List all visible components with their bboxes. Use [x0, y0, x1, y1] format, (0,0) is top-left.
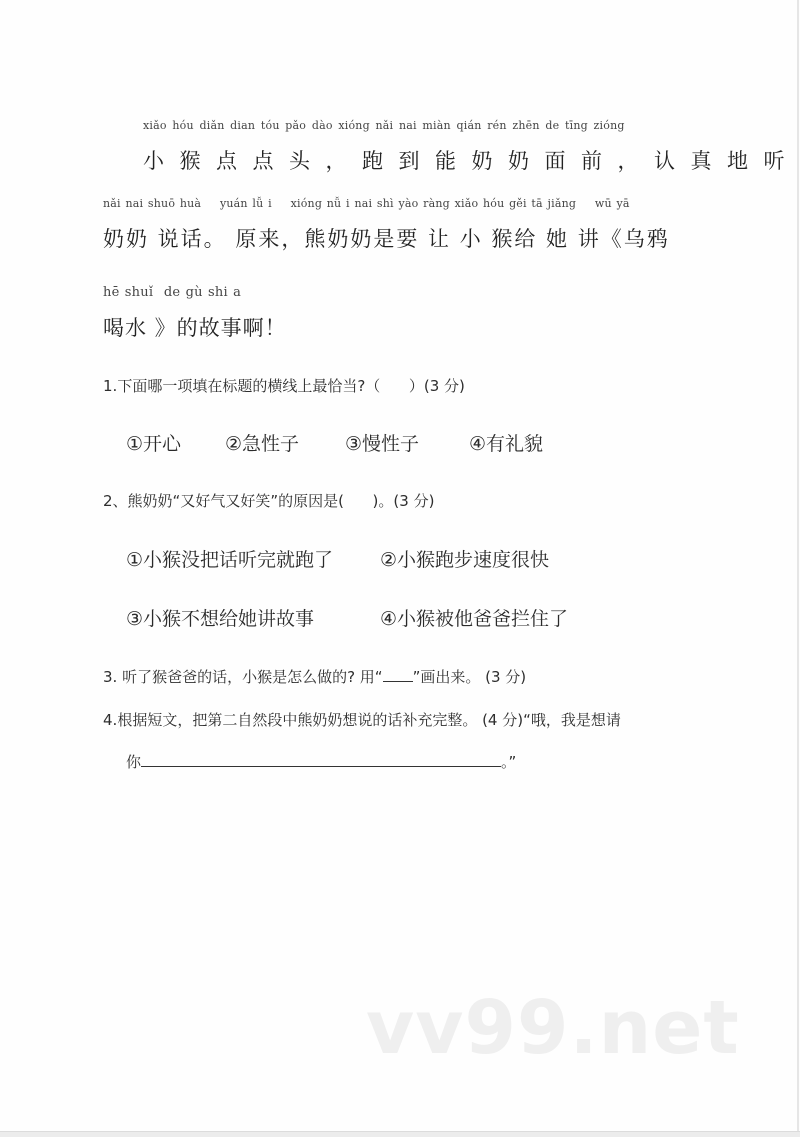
question-4: 4.根据短文，把第二自然段中熊奶奶想说的话补充完整。 (4 分)“哦，我是想请 — [103, 709, 621, 730]
watermark: vv99.net — [366, 985, 740, 1071]
passage-line-1: 小猴点点头，跑到能奶奶面前，认真地听欣 — [143, 145, 800, 175]
question-1-number: 1. — [103, 377, 117, 395]
pinyin-line-2: nǎi nai shuō huà yuán lǚ i xióng nǚ i na… — [103, 197, 630, 210]
pinyin-line-1: xiǎo hóu diǎn dian tóu pǎo dào xióng nǎi… — [143, 119, 625, 132]
passage-line-2: 奶奶 说话。 原来，熊奶奶是要 让 小 猴给 她 讲《乌鸦 — [103, 223, 670, 253]
question-1-option-3: ③慢性子 — [345, 429, 469, 456]
question-2-options-row-1: ①小猴没把话听完就跑了②小猴跑步速度很快 — [126, 545, 549, 572]
question-3-number: 3. — [103, 668, 117, 686]
question-1-option-2: ②急性子 — [225, 429, 345, 456]
question-4-answer-blank[interactable] — [141, 750, 501, 767]
question-3-underline-sample — [383, 681, 413, 682]
question-1-options: ①开心②急性子③慢性子④有礼貌 — [126, 429, 543, 456]
question-3-text-after: ”画出来。 (3 分) — [413, 668, 527, 686]
question-2: 2、熊奶奶“又好气又好笑”的原因是( )。(3 分) — [103, 490, 434, 511]
question-4-continuation-after: 。” — [501, 753, 516, 771]
passage-line-3: 喝水 》的故事啊！ — [103, 312, 287, 342]
question-2-number: 2、 — [103, 492, 128, 510]
question-1: 1.下面哪一项填在标题的横线上最恰当?（ ）(3 分) — [103, 375, 465, 396]
question-4-number: 4. — [103, 711, 117, 729]
question-2-option-4: ④小猴被他爸爸拦住了 — [380, 608, 568, 630]
question-1-option-4: ④有礼貌 — [469, 433, 543, 455]
question-4-continuation-before: 你 — [126, 753, 141, 771]
question-2-options-row-2: ③小猴不想给她讲故事④小猴被他爸爸拦住了 — [126, 604, 568, 631]
document-page: xiǎo hóu diǎn dian tóu pǎo dào xióng nǎi… — [0, 0, 799, 1131]
question-2-option-1: ①小猴没把话听完就跑了 — [126, 545, 380, 572]
question-2-option-3: ③小猴不想给她讲故事 — [126, 604, 380, 631]
question-2-text: 熊奶奶“又好气又好笑”的原因是( )。(3 分) — [128, 492, 435, 510]
question-4-continuation: 你。” — [126, 750, 516, 772]
question-4-text: 根据短文，把第二自然段中熊奶奶想说的话补充完整。 (4 分)“哦，我是想请 — [117, 711, 621, 729]
question-3-text-before: 听了猴爸爸的话，小猴是怎么做的? 用“ — [117, 668, 382, 686]
page-bottom-edge — [0, 1131, 800, 1137]
pinyin-line-3: hē shuǐ de gù shi a — [103, 285, 241, 300]
question-3: 3. 听了猴爸爸的话，小猴是怎么做的? 用“”画出来。 (3 分) — [103, 666, 526, 687]
question-2-option-2: ②小猴跑步速度很快 — [380, 549, 549, 571]
question-1-text: 下面哪一项填在标题的横线上最恰当?（ ）(3 分) — [117, 377, 465, 395]
question-1-option-1: ①开心 — [126, 429, 225, 456]
